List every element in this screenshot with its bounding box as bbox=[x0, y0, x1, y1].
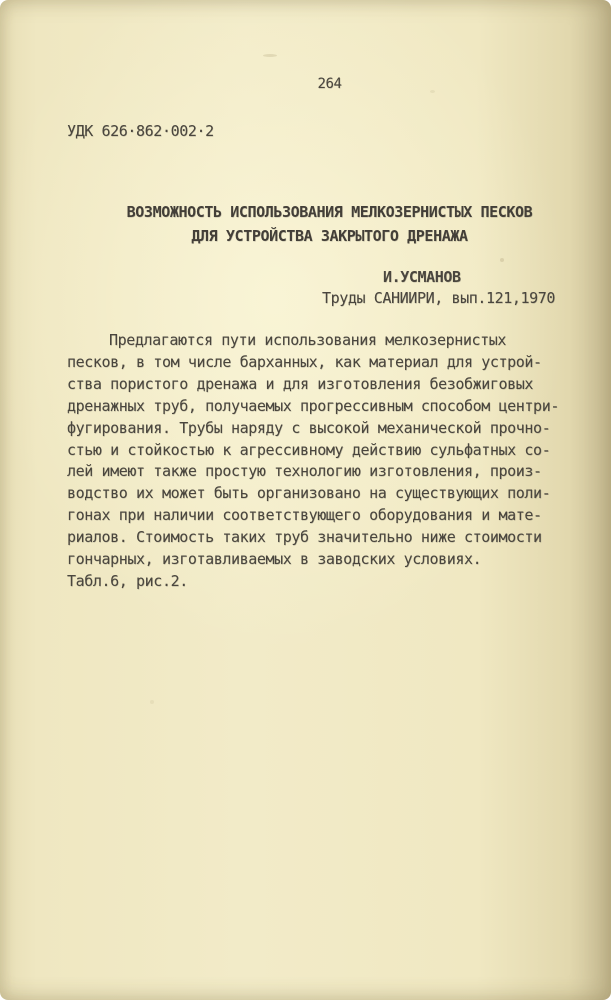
scanned-page: 264 УДК 626·862·002·2 ВОЗМОЖНОСТЬ ИСПОЛЬ… bbox=[0, 0, 611, 1000]
paper-speck bbox=[150, 700, 154, 704]
article-title: ВОЗМОЖНОСТЬ ИСПОЛЬЗОВАНИЯ МЕЛКОЗЕРНИСТЫХ… bbox=[24, 201, 611, 248]
paper-speck bbox=[263, 54, 277, 57]
abstract-text: Предлагаются пути использования мелкозер… bbox=[67, 330, 567, 593]
udc-code: УДК 626·862·002·2 bbox=[67, 122, 214, 140]
page-number: 264 bbox=[24, 76, 611, 92]
paper-speck bbox=[500, 258, 504, 262]
publication-source: Труды САНИИРИ, вып.121,1970 bbox=[322, 289, 555, 307]
author-name: И.УСМАНОВ bbox=[383, 268, 461, 286]
